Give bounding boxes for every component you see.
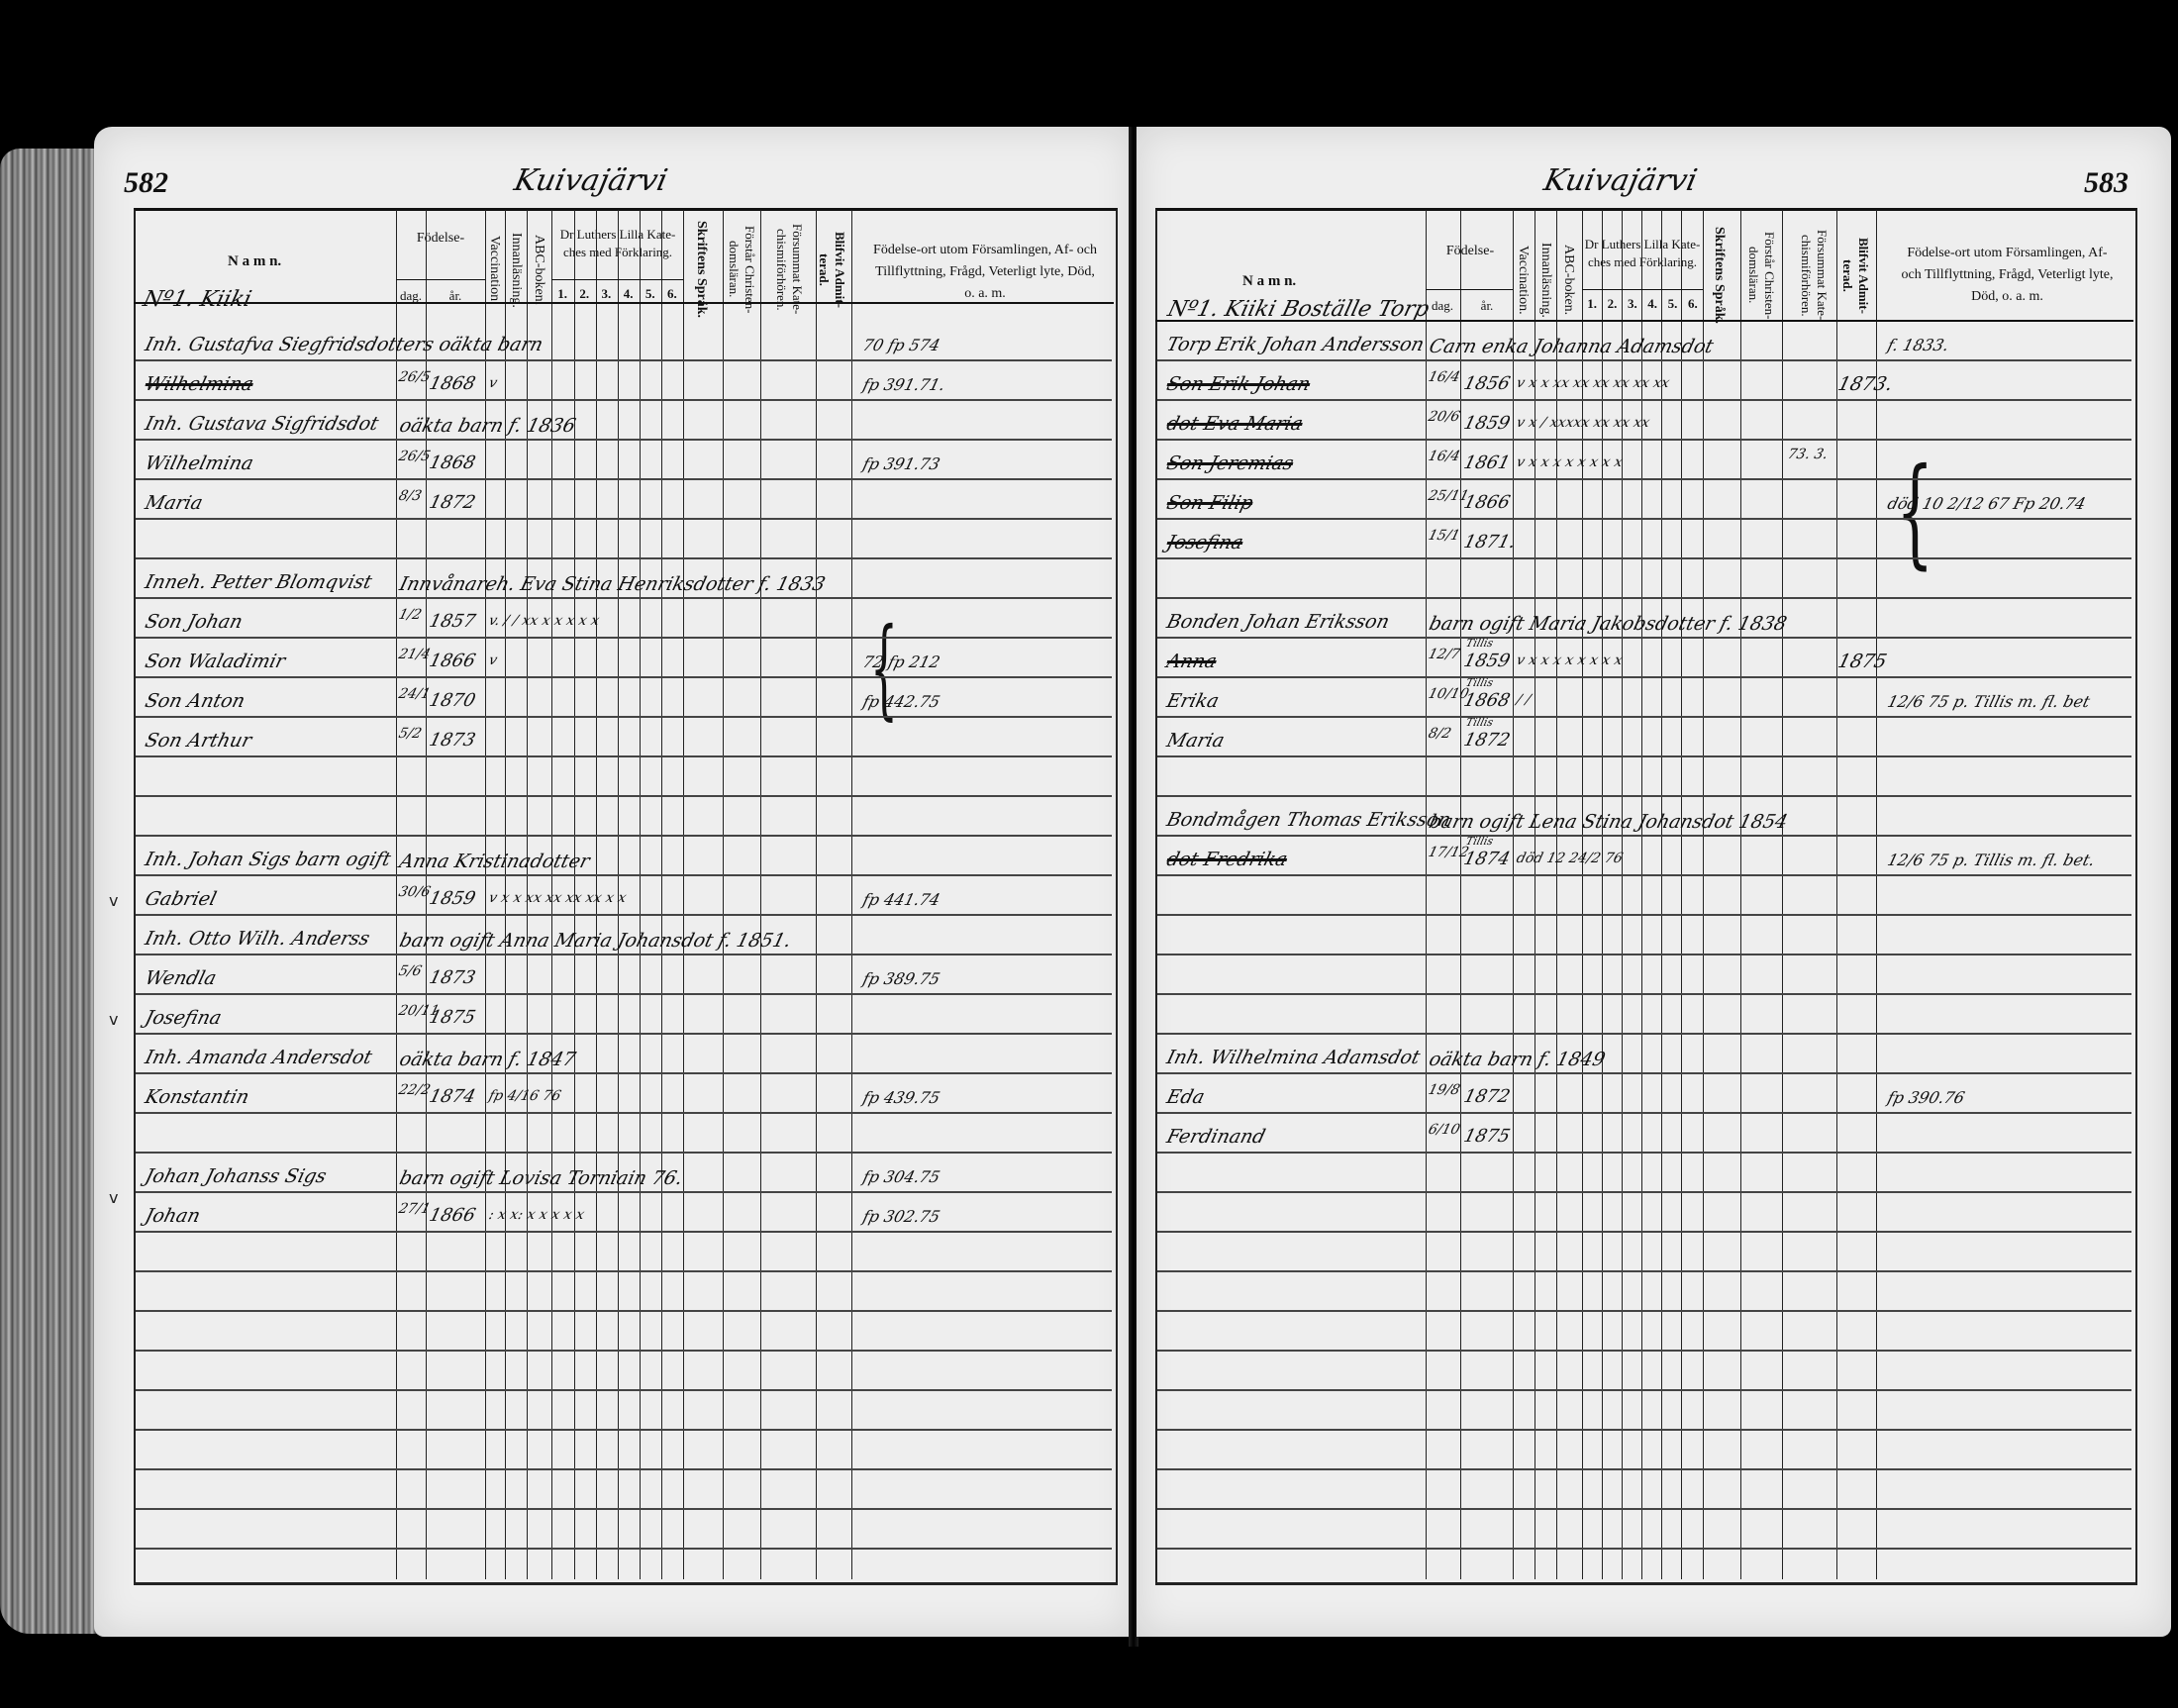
katekes-col-label: 6.: [1683, 295, 1703, 313]
entry-name: Josefina: [143, 1007, 224, 1029]
entry-name: Konstantin: [143, 1086, 251, 1108]
row-rule: [1157, 1350, 2131, 1352]
row-rule: [136, 1191, 1112, 1193]
entry-birth-day: 19/8: [1427, 1082, 1461, 1098]
entry-marks: barn ogift Maria Jakobsdotter f. 1838: [1427, 613, 1789, 635]
entry-birth-year: 1874: [1461, 849, 1512, 869]
column-rule: [1740, 210, 1741, 1579]
column-rule: [1836, 210, 1837, 1579]
entry-birth-year: 1866: [1461, 492, 1512, 513]
row-rule: [136, 874, 1112, 876]
header-fodelse: Födelse-: [401, 230, 480, 248]
katekes-col-label: 1.: [1582, 295, 1602, 313]
row-rule: [1157, 1152, 2131, 1154]
entry-marks: barn ogift Lovisa Torniain 76.: [397, 1167, 685, 1189]
entry-birth-year: 1873: [427, 967, 477, 988]
row-rule: [136, 1231, 1112, 1233]
entry-marks: oäkta barn f. 1836: [397, 415, 577, 437]
entry-name: Son Johan: [143, 611, 245, 633]
row-rule: [136, 637, 1112, 639]
entry-name: Anna: [1164, 651, 1219, 672]
entry-name: Inh. Gustava Sigfridsdot: [143, 413, 380, 435]
katekes-col-label: 5.: [640, 285, 661, 303]
row-rule: [1157, 993, 2131, 995]
row-rule: [136, 1508, 1112, 1510]
row-rule: [136, 1548, 1112, 1550]
entry-marks: v. / / xx x x x x x: [487, 613, 601, 629]
entry-notes: 72 fp 212: [861, 653, 942, 671]
entry-marks: barn ogift Anna Maria Johansdot f. 1851.: [397, 930, 793, 952]
entry-birth-day: 21/4: [397, 647, 432, 662]
row-rule: [136, 478, 1112, 480]
entry-notes: fp 391.73: [861, 454, 942, 473]
entry-marks: v x x xx xx xx xx xx xx: [1515, 375, 1671, 391]
row-rule: [1157, 835, 2131, 837]
entry-birth-day: 6/10: [1427, 1122, 1461, 1138]
header-dag-right: dag.: [1427, 297, 1458, 315]
entry-name: Son Jeremias: [1164, 452, 1296, 474]
entry-birth-year: 1856: [1461, 373, 1512, 394]
katekes-col-label: 2.: [573, 285, 595, 303]
entry-name: Inh. Gustafva Siegfridsdotters oäkta bar…: [143, 334, 545, 355]
row-rule: [1157, 1310, 2131, 1312]
row-rule: [1157, 1548, 2131, 1550]
row-rule: [1157, 1389, 2131, 1391]
subheader-rule: [551, 279, 683, 280]
row-rule: [136, 993, 1112, 995]
entry-name: Torp Erik Johan Andersson: [1164, 334, 1427, 355]
entry-birth-day: 16/4: [1427, 449, 1461, 464]
entry-birth-year: 1875: [1461, 1126, 1512, 1147]
right-page-number: 583: [2084, 166, 2128, 200]
entry-birth-year: 1868: [427, 373, 477, 394]
header-forsummat: Försummat Kate-chismiförhören.: [769, 220, 805, 319]
row-rule: [136, 676, 1112, 678]
katekes-col-label: 4.: [1642, 295, 1662, 313]
entry-birth-day: 12/7: [1427, 647, 1461, 662]
katekes-col-label: 6.: [661, 285, 683, 303]
entry-birth-day: 16/4: [1427, 369, 1461, 385]
entry-notes: fp 442.75: [861, 692, 942, 711]
entry-other: 73. 3.: [1786, 447, 1830, 462]
entry-year-note: Tillis: [1464, 835, 1494, 848]
column-rule: [723, 210, 724, 1579]
header-fodelseort-right: Födelse-ort utom Församlingen, Af- och T…: [1896, 243, 2119, 308]
entry-name: Gabriel: [143, 888, 219, 910]
entry-name: Johan: [143, 1205, 202, 1227]
margin-check-mark: v: [109, 1010, 118, 1029]
entry-marks: : x x: x x x x x: [487, 1207, 586, 1223]
entry-birth-day: 20/6: [1427, 409, 1461, 425]
margin-check-mark: v: [109, 891, 118, 910]
entry-notes: fp 391.71.: [861, 375, 947, 394]
entry-birth-day: 27/1: [397, 1201, 432, 1217]
entry-marks: Anna Kristinadotter: [397, 851, 592, 872]
row-rule: [136, 518, 1112, 520]
row-rule: [1157, 1033, 2131, 1035]
entry-marks: barn ogift Lena Stina Johansdot 1854: [1427, 811, 1790, 833]
entry-notes: fp 390.76: [1886, 1088, 1967, 1107]
row-rule: [136, 359, 1112, 361]
entry-notes: 70 fp 574: [861, 336, 942, 354]
row-rule: [1157, 755, 2131, 757]
entry-birth-day: 30/6: [397, 884, 432, 900]
entry-birth-year: 1873: [427, 730, 477, 751]
row-rule: [136, 716, 1112, 718]
entry-name: Josefina: [1164, 532, 1245, 553]
entry-birth-year: 1872: [1461, 1086, 1512, 1107]
row-rule: [136, 1072, 1112, 1074]
entry-notes: 12/6 75 p. Tillis m. fl. bet: [1886, 692, 2092, 711]
header-forstar-right: Förstår Christen-domsläran.: [1747, 226, 1777, 325]
entry-birth-day: 8/3: [397, 488, 424, 504]
entry-birth-day: 5/6: [397, 963, 424, 979]
entry-year-note: Tillis: [1464, 716, 1494, 729]
column-rule: [1703, 210, 1704, 1579]
row-rule: [136, 399, 1112, 401]
entry-notes: f. 1833.: [1886, 336, 1951, 354]
row-rule: [1157, 637, 2131, 639]
header-forsummat-right: Försummat Kate-chismiförhören.: [1790, 226, 1830, 325]
column-rule: [661, 210, 662, 1579]
row-rule: [1157, 359, 2131, 361]
header-fodelse-right: Födelse-: [1431, 243, 1510, 260]
column-rule: [1876, 210, 1877, 1579]
entry-birth-year: 1866: [427, 651, 477, 671]
row-rule: [136, 835, 1112, 837]
entry-birth-year: 1872: [427, 492, 477, 513]
entry-birth-year: 1870: [427, 690, 477, 711]
row-rule: [136, 1112, 1112, 1114]
entry-notes: 12/6 75 p. Tillis m. fl. bet.: [1886, 851, 2097, 869]
row-rule: [1157, 518, 2131, 520]
entry-name: Ferdinand: [1164, 1126, 1267, 1148]
column-rule: [1426, 210, 1427, 1579]
left-page-title: Kuivajärvi: [511, 163, 670, 198]
entry-name: Son Waladimir: [143, 651, 287, 672]
entry-birth-day: 24/1: [397, 686, 432, 702]
entry-name: Johan Johanss Sigs: [143, 1165, 329, 1187]
row-rule: [136, 1033, 1112, 1035]
row-rule: [136, 755, 1112, 757]
row-rule: [1157, 439, 2131, 441]
katekes-col-label: 2.: [1602, 295, 1622, 313]
header-ar-right: år.: [1462, 297, 1512, 315]
entry-birth-day: 5/2: [397, 726, 424, 742]
row-rule: [136, 439, 1112, 441]
entry-marks: v x x x x x x x x: [1515, 653, 1625, 668]
row-rule: [1157, 1429, 2131, 1431]
entry-notes: fp 302.75: [861, 1207, 942, 1226]
entry-name: Inh. Wilhelmina Adamsdot: [1164, 1047, 1422, 1068]
row-rule: [136, 1310, 1112, 1312]
row-rule: [136, 597, 1112, 599]
row-rule: [136, 557, 1112, 559]
entry-notes: fp 439.75: [861, 1088, 942, 1107]
row-rule: [136, 1389, 1112, 1391]
row-rule: [1157, 478, 2131, 480]
header-rule: [1155, 320, 2133, 322]
row-rule: [136, 1429, 1112, 1431]
entry-name: Inh. Otto Wilh. Anderss: [143, 928, 371, 950]
entry-name: Son Erik Johan: [1164, 373, 1313, 395]
row-rule: [1157, 597, 2131, 599]
entry-marks: Innvånareh. Eva Stina Henriksdotter f. 1…: [397, 573, 828, 595]
left-page-number: 582: [124, 166, 168, 200]
entry-birth-year: 1861: [1461, 452, 1512, 473]
entry-name: Bonden Johan Eriksson: [1164, 611, 1391, 633]
subheader-rule: [1426, 289, 1513, 290]
katekes-col-label: 3.: [1623, 295, 1642, 313]
entry-birth-year: 1875: [427, 1007, 477, 1028]
entry-birth-year: 1868: [427, 452, 477, 473]
entry-name: Bondmågen Thomas Eriksson: [1164, 809, 1453, 831]
row-rule: [136, 954, 1112, 955]
entry-name: Son Filip: [1164, 492, 1255, 514]
section-heading-right: Nº1. Kiiki Boställe Torp: [1165, 297, 1432, 322]
header-fodelseort: Födelse-ort utom Församlingen, Af- och T…: [871, 240, 1099, 305]
entry-notes: fp 441.74: [861, 890, 942, 909]
entry-year-note: Tillis: [1464, 637, 1494, 650]
entry-name: Inh. Amanda Andersdot: [143, 1047, 374, 1068]
entry-name: dot Fredrika: [1164, 849, 1289, 870]
column-rule: [760, 210, 761, 1579]
entry-marks: Carn enka Johanna Adamsdot: [1427, 336, 1716, 357]
katekes-col-label: 4.: [618, 285, 640, 303]
row-rule: [136, 1270, 1112, 1272]
column-rule: [396, 210, 397, 1579]
entry-birth-day: 26/5: [397, 449, 432, 464]
entry-birth-year: 1857: [427, 611, 477, 632]
entry-marks: v x x xx xx xx xx x x: [487, 890, 628, 906]
entry-name: Inneh. Petter Blomqvist: [143, 571, 374, 593]
row-rule: [1157, 914, 2131, 916]
subheader-rule: [1582, 289, 1703, 290]
entry-birth-year: 1866: [427, 1205, 477, 1226]
row-rule: [136, 1152, 1112, 1154]
entry-notes: fp 304.75: [861, 1167, 942, 1186]
column-rule: [1460, 210, 1461, 1579]
entry-notes: fp 389.75: [861, 969, 942, 988]
row-rule: [1157, 399, 2131, 401]
entry-birth-day: 1/2: [397, 607, 424, 623]
entry-marks: v x / xxxxx xx xx xx: [1515, 415, 1651, 431]
column-rule: [1661, 210, 1662, 1579]
row-rule: [136, 914, 1112, 916]
entry-notes: död 10 2/12 67 Fp 20.74: [1886, 494, 2088, 513]
entry-birth-year: 1859: [1461, 413, 1512, 434]
row-rule: [1157, 1191, 2131, 1193]
row-rule: [136, 1350, 1112, 1352]
right-page-title: Kuivajärvi: [1540, 163, 1700, 198]
section-heading-left: Nº1. Kiiki: [141, 287, 254, 312]
column-rule: [1782, 210, 1783, 1579]
entry-birth-day: 26/5: [397, 369, 432, 385]
entry-birth-year: 1871.: [1461, 532, 1518, 553]
entry-name: Wilhelmina: [143, 373, 255, 395]
katekes-col-label: 1.: [551, 285, 573, 303]
header-vaccination-right: Vaccination.: [1515, 233, 1531, 327]
header-innanlasning-right: Innanläsning.: [1537, 233, 1553, 327]
entry-marks: oäkta barn f. 1847: [397, 1049, 577, 1070]
row-rule: [1157, 1270, 2131, 1272]
subheader-rule: [396, 279, 485, 280]
row-rule: [1157, 1112, 2131, 1114]
entry-birth-year: 1859: [427, 888, 477, 909]
header-namn: N a m n.: [228, 252, 281, 270]
entry-birth-year: 1874: [427, 1086, 477, 1107]
row-rule: [1157, 874, 2131, 876]
column-rule: [1513, 210, 1514, 1579]
entry-marks: fp 4/16 76: [487, 1088, 562, 1104]
row-rule: [136, 795, 1112, 797]
entry-name: Son Anton: [143, 690, 247, 712]
column-rule: [816, 210, 817, 1579]
header-skriftens-sprak-right: Skriftens Språk.: [1711, 226, 1727, 325]
row-rule: [1157, 1072, 2131, 1074]
row-rule: [1157, 1508, 2131, 1510]
column-rule: [851, 210, 852, 1579]
book-page-edges: [0, 149, 104, 1634]
entry-name: dot Eva Maria: [1164, 413, 1305, 435]
entry-birth-day: 15/1: [1427, 528, 1461, 544]
entry-birth-year: 1859: [1461, 651, 1512, 671]
entry-birth-year: 1868: [1461, 690, 1512, 711]
column-rule: [640, 210, 641, 1579]
row-rule: [1157, 676, 2131, 678]
header-abc-boken-right: ABC-boken.: [1560, 233, 1576, 327]
entry-birth-year: 1872: [1461, 730, 1512, 751]
entry-marks: oäkta barn f. 1849: [1427, 1049, 1607, 1070]
column-rule: [683, 210, 684, 1579]
header-blifvit: Blifvit Admit-terad.: [822, 220, 847, 319]
entry-name: Maria: [143, 492, 205, 514]
row-rule: [136, 1468, 1112, 1470]
header-blifvit-right: Blifvit Admit-terad.: [1843, 226, 1871, 325]
entry-name: Son Arthur: [143, 730, 253, 752]
katekes-col-label: 5.: [1662, 295, 1682, 313]
entry-name: Eda: [1164, 1086, 1207, 1108]
row-rule: [1157, 1468, 2131, 1470]
entry-marks: död 12 24/2 76: [1515, 851, 1625, 866]
entry-name: Erika: [1164, 690, 1221, 712]
entry-name: Wendla: [143, 967, 219, 989]
row-rule: [1157, 557, 2131, 559]
header-skriftens-sprak: Skriftens Språk.: [693, 220, 709, 319]
row-rule: [1157, 1231, 2131, 1233]
entry-name: Maria: [1164, 730, 1227, 752]
entry-admitted: 1875: [1835, 651, 1889, 672]
row-rule: [1157, 795, 2131, 797]
margin-check-mark: v: [109, 1188, 118, 1207]
entry-year-note: Tillis: [1464, 676, 1494, 689]
entry-birth-day: 22/2: [397, 1082, 432, 1098]
entry-name: Wilhelmina: [143, 452, 255, 474]
column-rule: [1681, 210, 1682, 1579]
entry-birth-day: 8/2: [1427, 726, 1453, 742]
entry-admitted: 1873.: [1835, 373, 1895, 395]
row-rule: [1157, 954, 2131, 955]
entry-name: Inh. Johan Sigs barn ogift: [143, 849, 393, 870]
katekes-col-label: 3.: [595, 285, 617, 303]
row-rule: [1157, 716, 2131, 718]
header-namn-right: N a m n.: [1242, 272, 1296, 290]
header-forstar: Förstår Christen-domsläran.: [730, 220, 757, 319]
entry-marks: v x x x x x x x x: [1515, 454, 1625, 470]
